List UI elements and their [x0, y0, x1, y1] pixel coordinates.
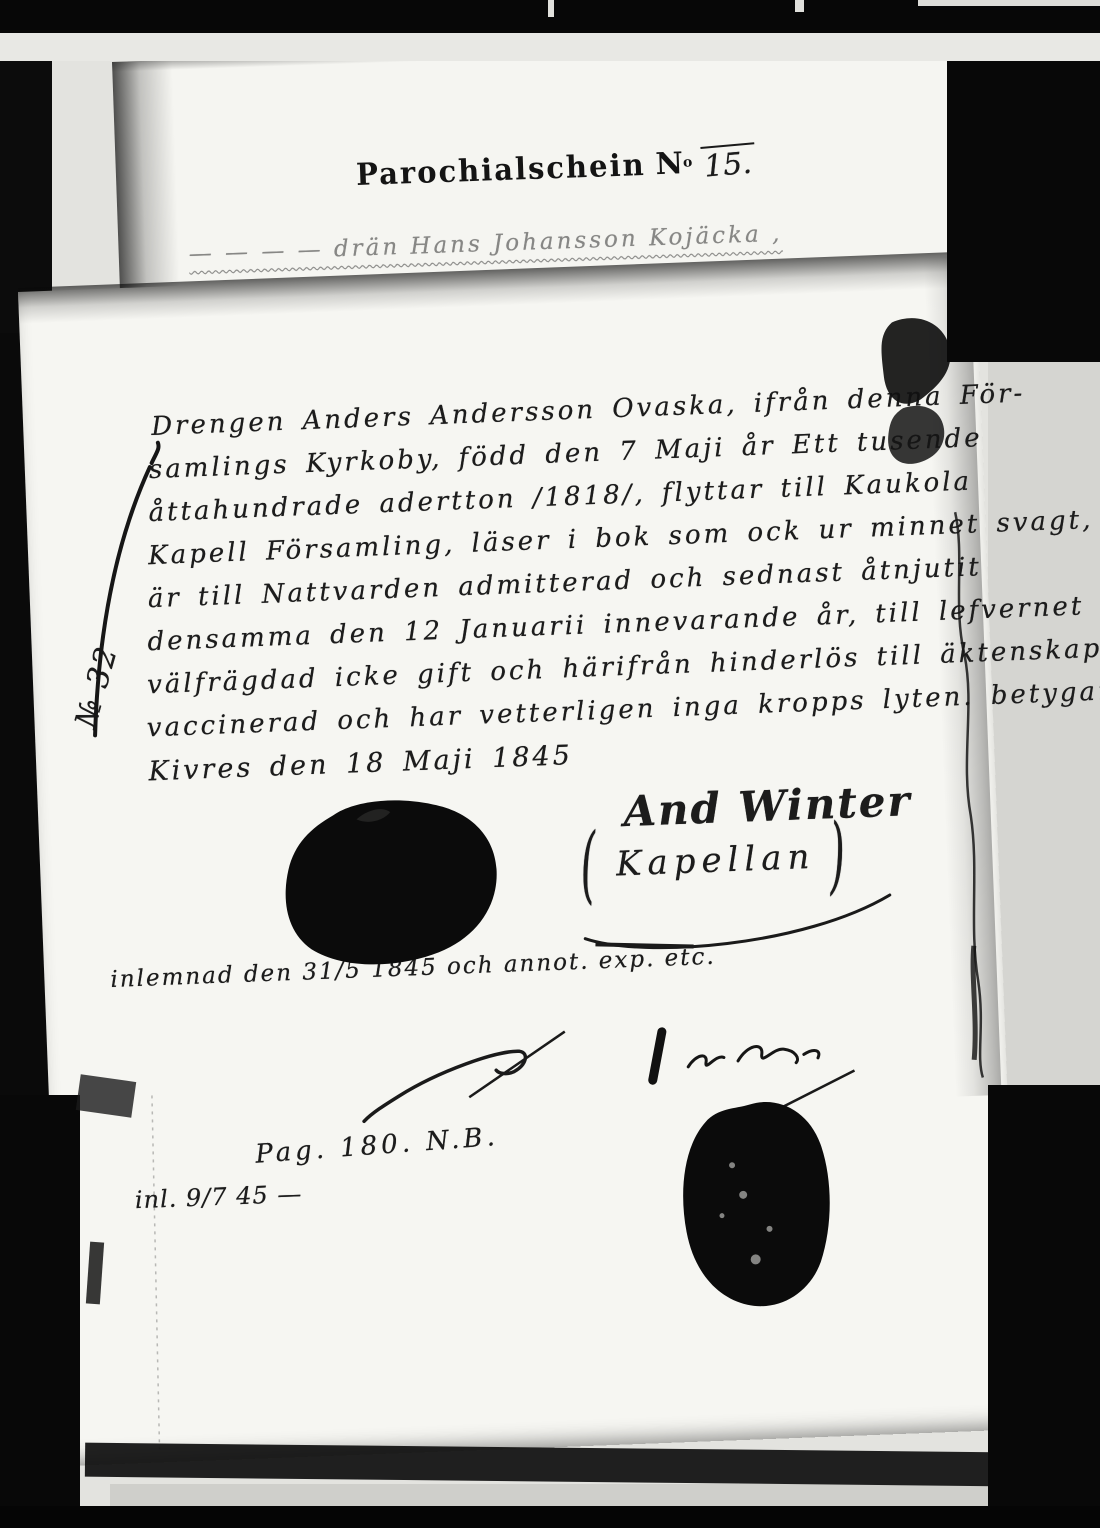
registration-note: inlemnad den 31/5 1845 och annot. exp. e…: [110, 944, 716, 993]
header-number-sign: No: [655, 146, 693, 182]
dateline: Kivres den 18 Maji 1845: [148, 740, 573, 787]
lower-wax-seal: [680, 1100, 834, 1309]
scan-tick-mark: [795, 0, 804, 12]
seal-speckles: [717, 1161, 773, 1266]
ink-scrawl: [688, 1044, 820, 1067]
scan-black-bottom-right: [988, 1085, 1100, 1528]
page-reference-note: Pag. 180. N.B.: [254, 1122, 499, 1170]
paper-crease: [146, 1095, 166, 1449]
scan-light-strip-top: [0, 33, 1100, 61]
paraph-flourish: [362, 1051, 528, 1121]
scan-tick-mark: [548, 0, 554, 17]
header-number: 15.: [701, 142, 758, 185]
received-note: inl. 9/7 45 —: [134, 1180, 302, 1214]
printed-header: Parochialschein No 15.: [355, 144, 756, 196]
seal-highlight: [356, 809, 390, 823]
upper-wax-seal: [282, 796, 500, 967]
scanner-underlay-right: [988, 362, 1100, 1085]
signature-name: And Winter: [622, 776, 912, 836]
signature-title: ( Kapellan ): [580, 832, 852, 888]
paraph-cross-stroke: [467, 1032, 567, 1098]
paren-close: ): [827, 807, 852, 904]
margin-number-note: № 32: [69, 641, 126, 731]
scan-black-top-right: [947, 61, 1100, 362]
scan-sliver-top-right: [918, 0, 1100, 6]
scanned-document-page: Parochialschein No 15. — — — — drän Hans…: [0, 0, 1100, 1528]
header-title: Parochialschein: [355, 147, 646, 193]
shadow-wedge: [76, 1074, 136, 1117]
ink-scrawl: [651, 1032, 664, 1080]
faint-handwritten-note: — — — — drän Hans Johansson Kojäcka ,: [188, 221, 782, 268]
scan-black-bottom-left: [0, 1095, 80, 1528]
scan-black-band-bottom: [0, 1506, 1100, 1528]
main-sheet: Drengen Anders Andersson Ovaska, ifrån d…: [18, 255, 1020, 1466]
signature-title-text: Kapellan: [601, 836, 830, 885]
paren-open: (: [579, 817, 604, 914]
scan-light-strip-bottom: [110, 1484, 1100, 1506]
ink-scrawl-tail: [729, 1070, 857, 1133]
